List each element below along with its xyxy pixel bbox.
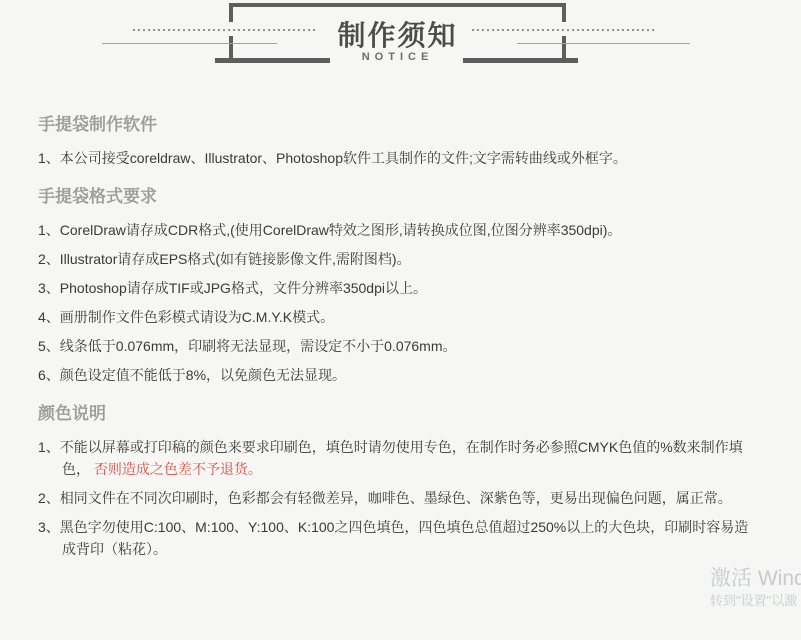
- notice-item: 3、Photoshop请存成TIF或JPG格式，文件分辨率350dpi以上。: [38, 277, 754, 299]
- section-format: 手提袋格式要求 1、CorelDraw请存成CDR格式,(使用CorelDraw…: [38, 187, 754, 386]
- page-title: 制作须知: [0, 14, 795, 54]
- notice-content: 手提袋制作软件 1、本公司接受coreldraw、Illustrator、Pho…: [38, 115, 754, 578]
- section-color: 颜色说明 1、不能以屏幕或打印稿的颜色来要求印刷色，填色时请勿使用专色，在制作时…: [38, 404, 754, 560]
- notice-item-warning-text: 否则造成之色差不予退货。: [94, 461, 262, 477]
- windows-activation-watermark: 激活 Wind 转到"设置"以激: [710, 566, 801, 609]
- page-subtitle: NOTICE: [0, 51, 795, 63]
- notice-item: 5、线条低于0.076mm，印刷将无法显现，需设定不小于0.076mm。: [38, 335, 754, 357]
- bracket-top-line: [229, 3, 566, 7]
- notice-item: 1、本公司接受coreldraw、Illustrator、Photoshop软件…: [38, 147, 754, 169]
- watermark-line-2: 转到"设置"以激: [710, 592, 801, 609]
- notice-item: 4、画册制作文件色彩模式请设为C.M.Y.K模式。: [38, 306, 754, 328]
- notice-page: 制作须知 NOTICE 手提袋制作软件 1、本公司接受coreldraw、Ill…: [0, 0, 801, 640]
- notice-item: 2、Illustrator请存成EPS格式(如有链接影像文件,需附图档)。: [38, 248, 754, 270]
- page-header: 制作须知 NOTICE: [0, 0, 801, 95]
- watermark-line-1: 激活 Wind: [710, 566, 801, 592]
- notice-item: 1、CorelDraw请存成CDR格式,(使用CorelDraw特效之图形,请转…: [38, 219, 754, 241]
- notice-item: 2、相同文件在不同次印刷时，色彩都会有轻微差异，咖啡色、墨绿色、深紫色等，更易出…: [38, 487, 754, 509]
- notice-item: 6、颜色设定值不能低于8%，以免颜色无法显现。: [38, 364, 754, 386]
- notice-item: 3、黑色字勿使用C:100、M:100、Y:100、K:100之四色填色，四色填…: [38, 516, 754, 560]
- section-software: 手提袋制作软件 1、本公司接受coreldraw、Illustrator、Pho…: [38, 115, 754, 169]
- section-heading: 手提袋格式要求: [38, 187, 754, 207]
- notice-item: 1、不能以屏幕或打印稿的颜色来要求印刷色，填色时请勿使用专色，在制作时务必参照C…: [38, 436, 754, 480]
- section-heading: 颜色说明: [38, 404, 754, 424]
- section-heading: 手提袋制作软件: [38, 115, 754, 135]
